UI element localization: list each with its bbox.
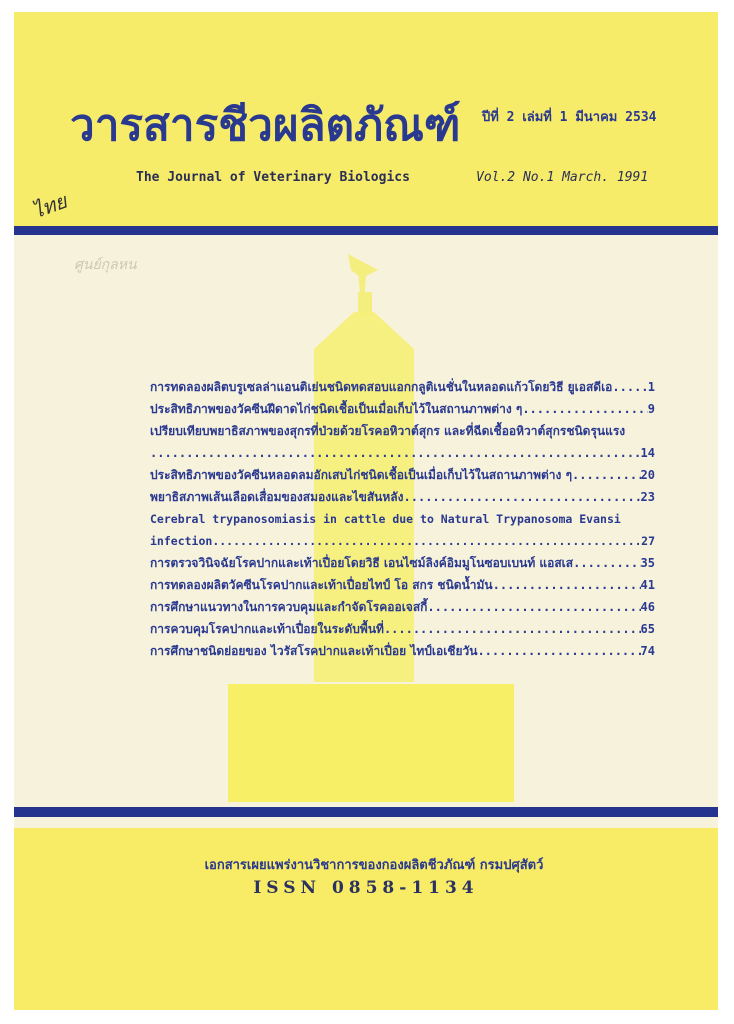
toc-entry: การทดลองผลิตวัคซีนโรคปากและเท้าเปื่อยไทป…	[150, 574, 655, 596]
publisher-line: เอกสารเผยแพร่งานวิชาการของกองผลิตชีวภัณฑ…	[14, 854, 726, 875]
top-blue-rule	[14, 226, 718, 235]
pencil-annotation: ศูนย์กุลหน	[74, 254, 137, 276]
bottom-blue-rule	[14, 807, 718, 817]
toc-entry: ประสิทธิภาพของวัคซีนหลอดลมอักเสบไก่ชนิดเ…	[150, 464, 655, 486]
monument-bird-icon	[348, 254, 378, 294]
toc-entry: ประสิทธิภาพของวัคซีนฝีดาดไก่ชนิดเชื้อเป็…	[150, 398, 655, 420]
toc-entry: การทดลองผลิตบรูเซลล่าแอนติเย่นชนิดทดสอบแ…	[150, 376, 655, 398]
journal-cover: วารสารชีวผลิตภัณฑ์ ปีที่ 2 เล่มที่ 1 มีน…	[14, 12, 718, 1010]
table-of-contents: การทดลองผลิตบรูเซลล่าแอนติเย่นชนิดทดสอบแ…	[150, 376, 655, 662]
toc-entry: Cerebral trypanosomiasis in cattle due t…	[150, 508, 655, 530]
toc-entry: การศึกษาชนิดย่อยของ ไวรัสโรคปากและเท้าเป…	[150, 640, 655, 662]
issue-english: Vol.2 No.1 March. 1991	[476, 170, 648, 185]
toc-entry-continuation: infection27	[150, 530, 655, 552]
toc-entry: การศึกษาแนวทางในการควบคุมและกำจัดโรคออเจ…	[150, 596, 655, 618]
toc-entry: การควบคุมโรคปากและเท้าเปื่อยในระดับพื้นท…	[150, 618, 655, 640]
toc-entry: การตรวจวินิจฉัยโรคปากและเท้าเปื่อยโดยวิธ…	[150, 552, 655, 574]
toc-entry: เปรียบเทียบพยาธิสภาพของสุกรที่ป่วยด้วยโร…	[150, 420, 655, 442]
journal-title-english: The Journal of Veterinary Biologics	[136, 170, 410, 185]
journal-title-thai: วารสารชีวผลิตภัณฑ์	[70, 90, 460, 160]
monument-base	[228, 684, 514, 802]
toc-entry-continuation: 14	[150, 442, 655, 464]
issn-number: ISSN 0858-1134	[14, 878, 718, 898]
toc-entry: พยาธิสภาพเส้นเลือดเสื่อมของสมองและไขสันห…	[150, 486, 655, 508]
issue-thai: ปีที่ 2 เล่มที่ 1 มีนาคม 2534	[482, 106, 656, 127]
